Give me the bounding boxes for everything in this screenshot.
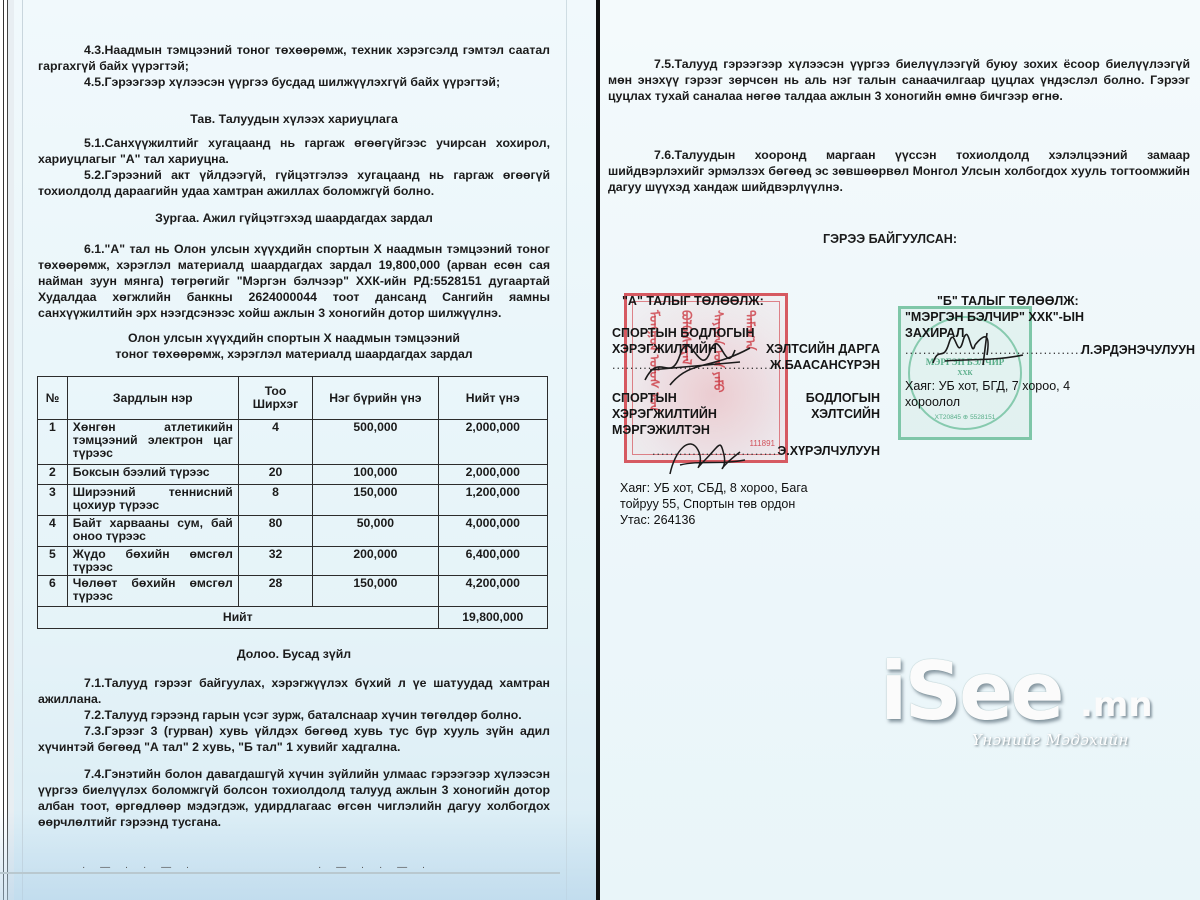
col-header-unit-price: Нэг бүрийн үнэ	[313, 377, 438, 420]
table-title: Олон улсын хүүхдийн спортын Х наадмын тэ…	[38, 330, 550, 362]
title-word: ХЭЛТСИЙН ДАРГА	[766, 341, 880, 357]
signer-name: Л.ЭРДЭНЭЧУЛУУН	[1081, 342, 1195, 358]
signed-heading: ГЭРЭЭ БАЙГУУЛСАН:	[790, 231, 990, 247]
table-header-row: № Зардлын нэр Тоо Ширхэг Нэг бүрийн үнэ …	[38, 377, 548, 420]
isee-watermark-logo: iSee .mn Үнэнийг Мэдэхийн	[880, 645, 1170, 765]
cell-unit-price: 150,000	[313, 485, 438, 516]
logo-tagline: Үнэнийг Мэдэхийн	[972, 731, 1129, 749]
section-heading: Зургаа. Ажил гүйцэтгэхэд шаардагдах зард…	[38, 210, 550, 226]
section-7-clauses: 7.1.Талууд гэрээг байгуулах, хэрэгжүүлэх…	[38, 675, 550, 755]
cell-quantity: 20	[238, 465, 312, 485]
clause-7-4: 7.4.Гэнэтийн болон давагдашгүй хүчин зүй…	[38, 766, 550, 830]
clause-7-6-block: 7.6.Талуудын хооронд маргаан үүссэн тохи…	[608, 147, 1190, 195]
clause-7-2: 7.2.Талууд гэрээнд гарын үсэг зурж, бата…	[38, 707, 550, 723]
address-line: тойруу 55, Спортын төв ордон	[620, 496, 850, 512]
cell-item-name: Хөнгөн атлетикийн тэмцээний электрон цаг…	[67, 420, 238, 465]
cost-table: № Зардлын нэр Тоо Ширхэг Нэг бүрийн үнэ …	[37, 376, 548, 629]
cell-no: 3	[38, 485, 68, 516]
clause-7-1: 7.1.Талууд гэрээг байгуулах, хэрэгжүүлэх…	[38, 675, 550, 707]
scan-edge-lines	[0, 0, 14, 900]
cell-item-name: Чөлөөт бөхийн өмсгөл түрээс	[67, 576, 238, 607]
table-row: 5Жүдо бөхийн өмсгөл түрээс32200,0006,400…	[38, 547, 548, 576]
cell-no: 1	[38, 420, 68, 465]
clause-7-3: 7.3.Гэрээг 3 (гурван) хувь үйлдэх бөгөөд…	[38, 723, 550, 755]
signer-name: Э.ХҮРЭЛЧУЛУУН	[777, 443, 880, 459]
cell-quantity: 32	[238, 547, 312, 576]
address-line: хороолол	[905, 394, 1125, 410]
section-4-clauses: 4.3.Наадмын тэмцээний тоног төхөөрөмж, т…	[38, 42, 550, 90]
table-row: 4Байт харвааны сум, бай оноо түрээс8050,…	[38, 516, 548, 547]
title-line: СПОРТЫН БОДЛОГЫН	[612, 390, 880, 406]
title-line: "МЭРГЭН БЭЛЧИР" ХХК"-ЫН	[905, 309, 1165, 325]
cell-quantity: 8	[238, 485, 312, 516]
cell-unit-price: 500,000	[313, 420, 438, 465]
cell-unit-price: 200,000	[313, 547, 438, 576]
clause-6-1: 6.1."А" тал нь Олон улсын хүүхдийн спорт…	[38, 241, 550, 321]
section-6-heading: Зургаа. Ажил гүйцэтгэхэд шаардагдах зард…	[38, 210, 550, 226]
address-line: Хаяг: УБ хот, БГД, 7 хороо, 4	[905, 378, 1125, 394]
seal-code: ХТ20845 ⊕ 5528151	[901, 413, 1029, 421]
address-line: Хаяг: УБ хот, СБД, 8 хороо, Бага	[620, 480, 850, 496]
phone-line: Утас: 264136	[620, 512, 850, 528]
cell-total: 1,200,000	[438, 485, 547, 516]
seal-company-type: ХХК	[901, 369, 1029, 377]
party-b-address: Хаяг: УБ хот, БГД, 7 хороо, 4 хороолол	[905, 378, 1125, 410]
party-b-signature	[925, 325, 1025, 370]
cell-total: 2,000,000	[438, 465, 547, 485]
cell-quantity: 4	[238, 420, 312, 465]
signer-name: Ж.БААСАНСҮРЭН	[770, 357, 880, 373]
clause-5-1: 5.1.Санхүүжилтийг хугацаанд нь гаргаж өг…	[38, 135, 550, 167]
cell-no: 4	[38, 516, 68, 547]
signatures-heading: ГЭРЭЭ БАЙГУУЛСАН:	[790, 231, 990, 247]
cell-total: 4,000,000	[438, 516, 547, 547]
title-word: БОДЛОГЫН	[806, 390, 880, 406]
section-5-clauses: 5.1.Санхүүжилтийг хугацаанд нь гаргаж өг…	[38, 135, 550, 199]
clause-4-5: 4.5.Гэрээгээр хүлээсэн үүргээ бусдад шил…	[38, 74, 550, 90]
total-label: Нийт	[38, 607, 439, 629]
cell-no: 5	[38, 547, 68, 576]
cell-item-name: Ширээний теннисний цохиур түрээс	[67, 485, 238, 516]
section-heading: Долоо. Бусад зүйл	[38, 646, 550, 662]
title-line: ХЭРЭГЖИЛТИЙН ХЭЛТСИЙН	[612, 406, 880, 422]
cell-no: 6	[38, 576, 68, 607]
party-a-heading: "А" ТАЛЫГ ТӨЛӨӨЛЖ:	[622, 293, 764, 309]
section-heading: Тав. Талуудын хүлээх хариуцлага	[38, 111, 550, 127]
party-a-signature-1	[640, 340, 760, 390]
table-row: 1Хөнгөн атлетикийн тэмцээний электрон ца…	[38, 420, 548, 465]
cell-item-name: Боксын бээлий түрээс	[67, 465, 238, 485]
party-a-signature-2	[660, 430, 750, 478]
table-title-line: Олон улсын хүүхдийн спортын Х наадмын тэ…	[38, 330, 550, 346]
scan-marks: · — · · — ·	[318, 862, 431, 873]
section-6-clauses: 6.1."А" тал нь Олон улсын хүүхдийн спорт…	[38, 241, 550, 321]
logo-wordmark: iSee	[880, 645, 1062, 738]
section-7-heading: Долоо. Бусад зүйл	[38, 646, 550, 662]
party-a-address: Хаяг: УБ хот, СБД, 8 хороо, Бага тойруу …	[620, 480, 850, 528]
cell-no: 2	[38, 465, 68, 485]
table-row: 3Ширээний теннисний цохиур түрээс8150,00…	[38, 485, 548, 516]
title-word: СПОРТЫН	[612, 390, 677, 406]
title-word: ХЭЛТСИЙН	[811, 406, 880, 422]
table-row: 6Чөлөөт бөхийн өмсгөл түрээс28150,0004,2…	[38, 576, 548, 607]
total-value: 19,800,000	[438, 607, 547, 629]
scan-marks: · — · · — ·	[82, 862, 195, 873]
cell-item-name: Байт харвааны сум, бай оноо түрээс	[67, 516, 238, 547]
clause-7-6: 7.6.Талуудын хооронд маргаан үүссэн тохи…	[608, 147, 1190, 195]
cell-total: 6,400,000	[438, 547, 547, 576]
cell-unit-price: 100,000	[313, 465, 438, 485]
party-b-heading: "Б" ТАЛЫГ ТӨЛӨӨЛЖ:	[937, 293, 1079, 309]
col-header-total: Нийт үнэ	[438, 377, 547, 420]
table-total-row: Нийт19,800,000	[38, 607, 548, 629]
cell-unit-price: 150,000	[313, 576, 438, 607]
cell-item-name: Жүдо бөхийн өмсгөл түрээс	[67, 547, 238, 576]
title-word: ХЭРЭГЖИЛТИЙН	[612, 406, 717, 422]
section-5-heading: Тав. Талуудын хүлээх хариуцлага	[38, 111, 550, 127]
section-7-clause-4: 7.4.Гэнэтийн болон давагдашгүй хүчин зүй…	[38, 766, 550, 830]
cell-quantity: 80	[238, 516, 312, 547]
cell-total: 2,000,000	[438, 420, 547, 465]
cell-quantity: 28	[238, 576, 312, 607]
title-line: СПОРТЫН БОДЛОГЫН	[612, 325, 880, 341]
clause-7-5: 7.5.Талууд гэрээгээр хүлээсэн үүргээ бие…	[608, 56, 1190, 104]
logo-tld: .mn	[1080, 685, 1153, 725]
page-margin-line	[566, 0, 567, 900]
col-header-qty: Тоо Ширхэг	[238, 377, 312, 420]
cell-total: 4,200,000	[438, 576, 547, 607]
cell-unit-price: 50,000	[313, 516, 438, 547]
table-row: 2Боксын бээлий түрээс20100,0002,000,000	[38, 465, 548, 485]
clause-4-3: 4.3.Наадмын тэмцээний тоног төхөөрөмж, т…	[38, 42, 550, 74]
col-header-no: №	[38, 377, 68, 420]
col-header-name: Зардлын нэр	[67, 377, 238, 420]
page-margin-line	[22, 0, 23, 900]
clause-7-5-block: 7.5.Талууд гэрээгээр хүлээсэн үүргээ бие…	[608, 56, 1190, 104]
clause-5-2: 5.2.Гэрээний акт үйлдээгүй, гүйцэтгэлээ …	[38, 167, 550, 199]
table-title-line: тоног төхөөрөмж, хэрэглэл материалд шаар…	[38, 346, 550, 362]
